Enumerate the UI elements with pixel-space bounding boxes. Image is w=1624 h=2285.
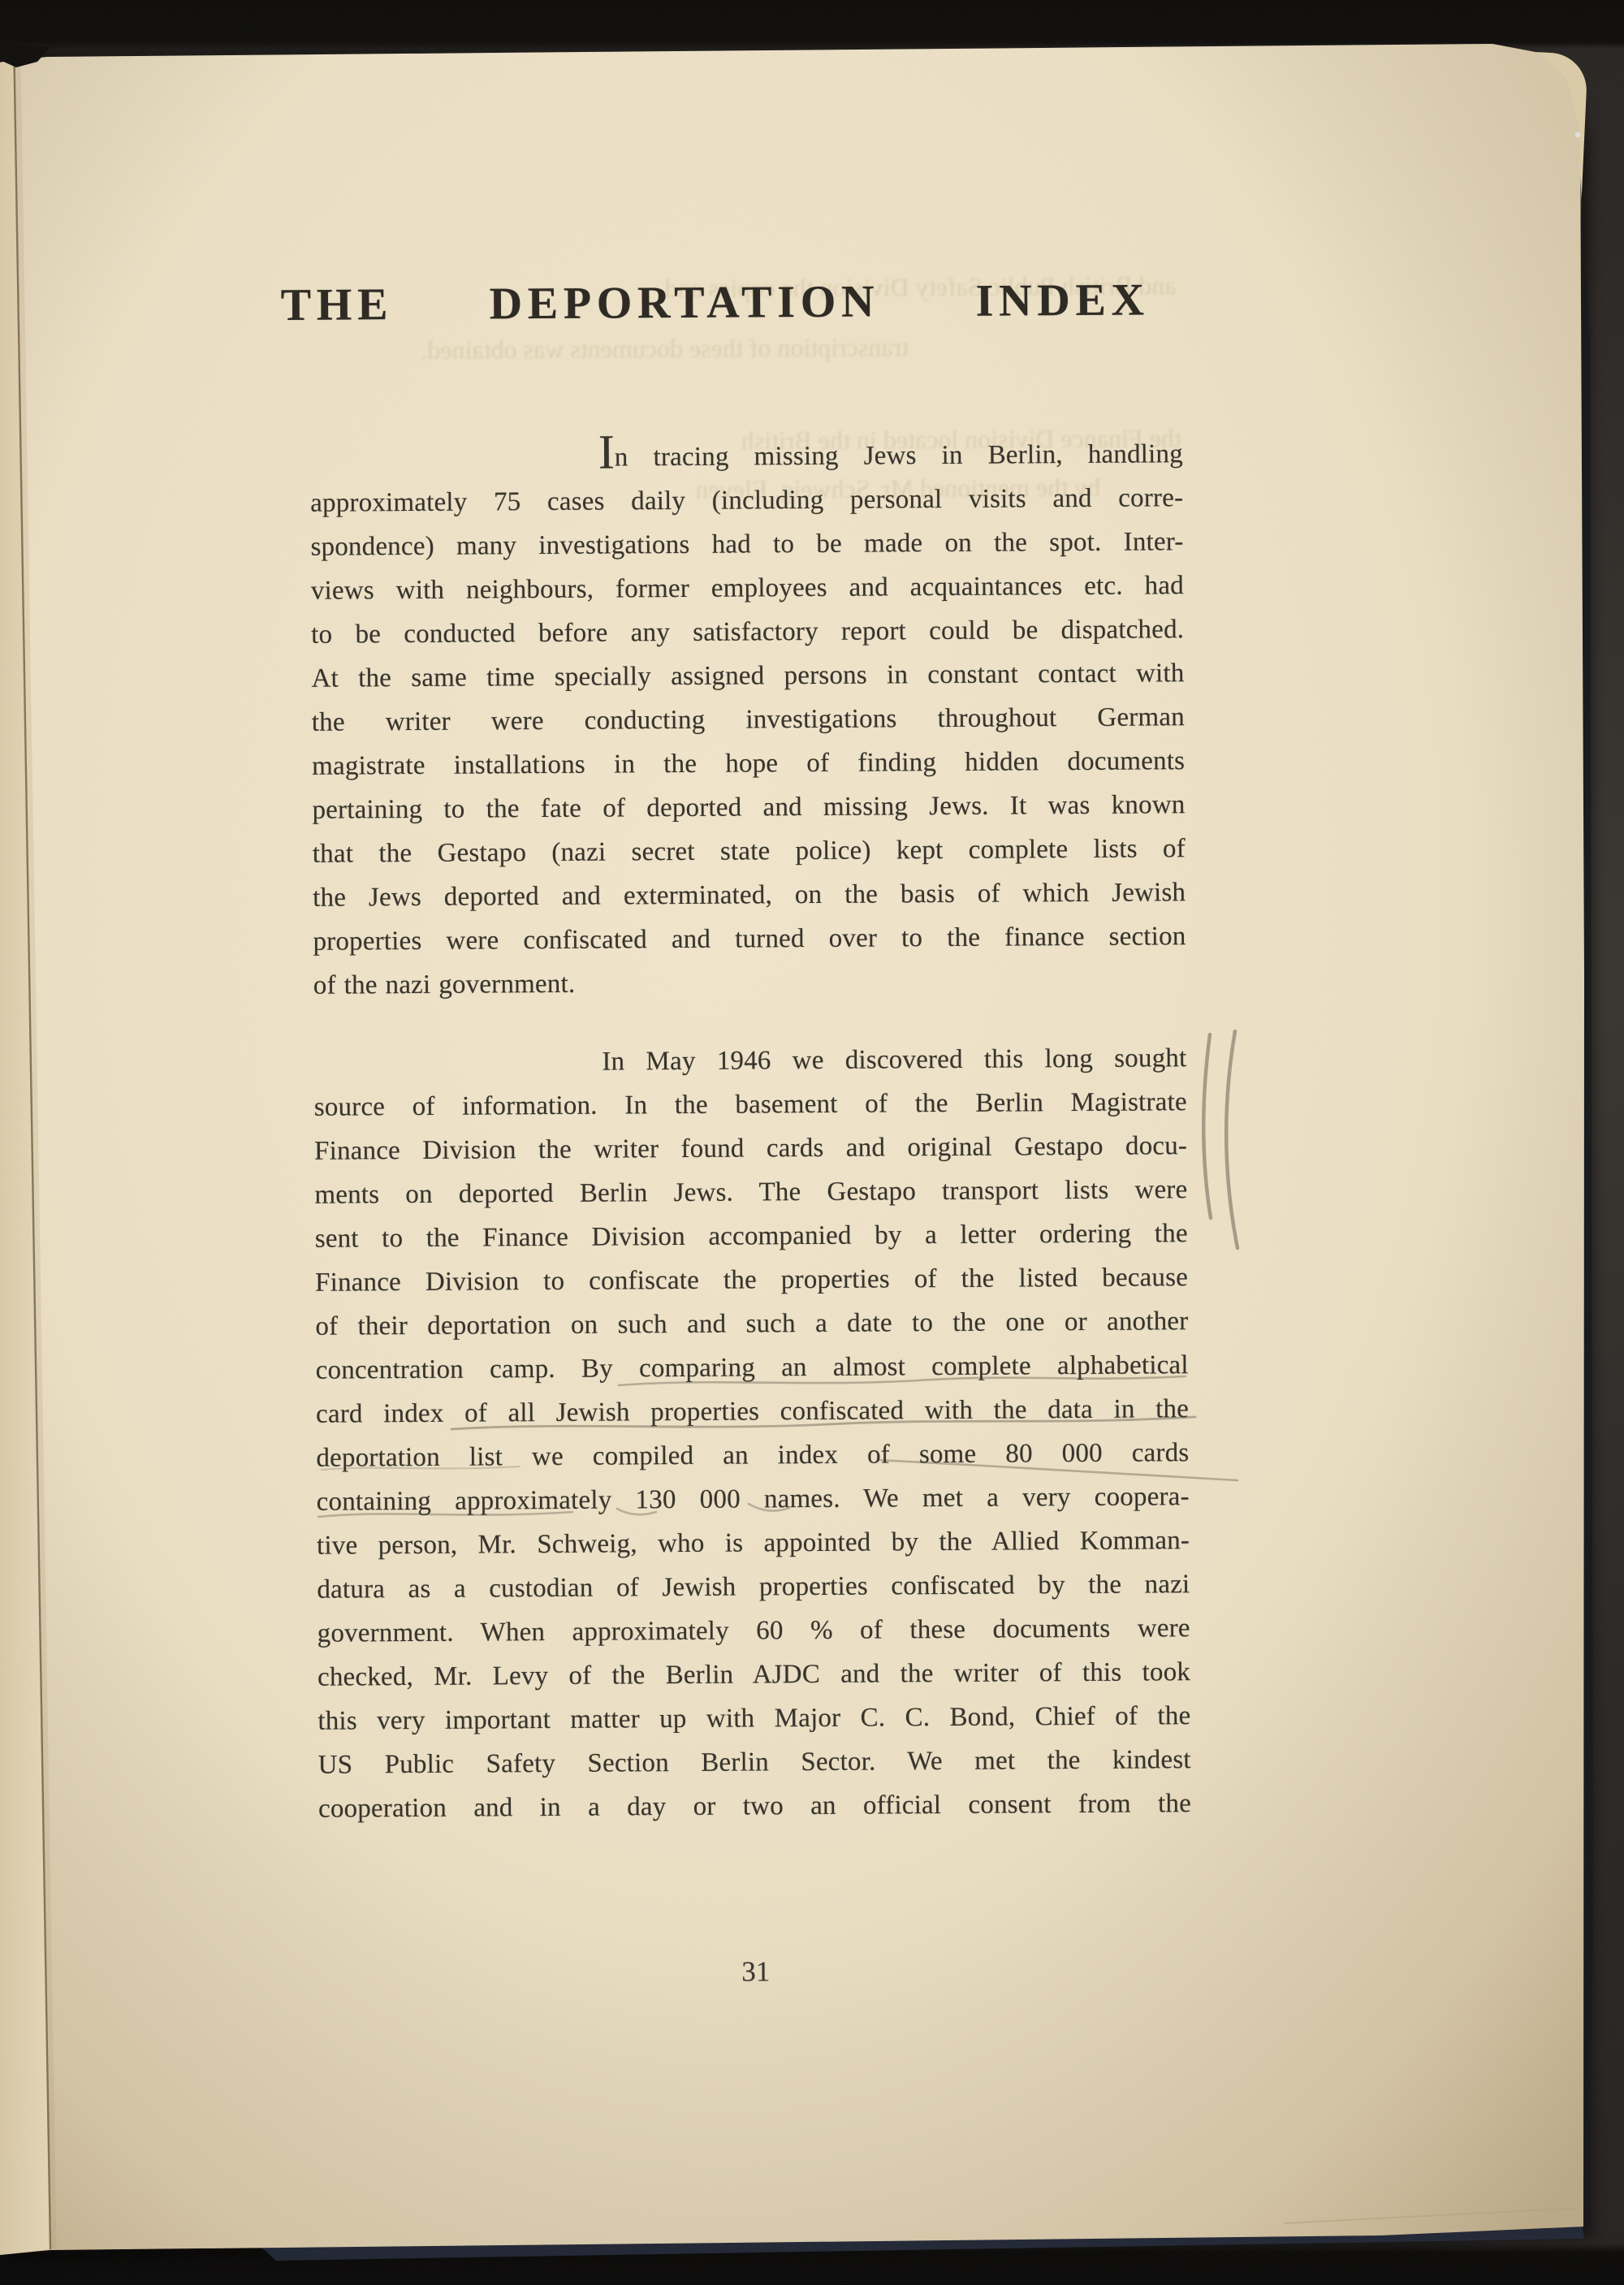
text-line: containing approximately 130 000 names. … — [317, 1475, 1190, 1524]
text-line: In tracing missing Jews in Berlin, handl… — [310, 432, 1183, 482]
show-through-text: transcription of these documents was obt… — [292, 332, 909, 366]
page-number: 31 — [319, 1953, 1192, 1991]
paragraph-2: In May 1946 we discovered this long soug… — [313, 1036, 1191, 1831]
photograph-of-book-page: and British Public Safety Division the c… — [0, 0, 1624, 2285]
text-line: US Public Safety Section Berlin Sector. … — [318, 1738, 1191, 1787]
text-line: In May 1946 we discovered this long soug… — [313, 1036, 1186, 1086]
text-line: the writer were conducting investigation… — [312, 695, 1185, 745]
text-line: properties were confiscated and turned o… — [313, 914, 1186, 964]
page-text-layer: and British Public Safety Division the c… — [0, 0, 1624, 2285]
text-line: datura as a custodian of Jewish properti… — [317, 1562, 1190, 1612]
text-line: of their deportation on such and such a … — [315, 1299, 1188, 1349]
text-line: checked, Mr. Levy of the Berlin AJDC and… — [317, 1650, 1190, 1700]
text-line: source of information. In the basement o… — [314, 1080, 1187, 1130]
text-line: ments on deported Berlin Jews. The Gesta… — [314, 1168, 1187, 1217]
text-line: sent to the Finance Division accompanied… — [315, 1212, 1188, 1261]
text-line: this very important matter up with Major… — [317, 1694, 1190, 1743]
text-line: At the same time specially assigned pers… — [311, 651, 1184, 701]
text-line: Finance Division the writer found cards … — [314, 1124, 1187, 1173]
text-line: that the Gestapo (nazi secret state poli… — [313, 827, 1186, 876]
text-line: of the nazi government. — [313, 958, 1186, 1008]
text-line: concentration camp. By comparing an almo… — [316, 1343, 1189, 1393]
text-line: the Jews deported and exterminated, on t… — [313, 870, 1186, 920]
text-line: spondence) many investigations had to be… — [310, 520, 1183, 569]
paragraph-1: In tracing missing Jews in Berlin, handl… — [310, 432, 1186, 1008]
text-line: government. When approximately 60 % of t… — [317, 1606, 1190, 1656]
text-line: to be conducted before any satisfactory … — [311, 607, 1184, 657]
text-line: pertaining to the fate of deported and m… — [312, 783, 1185, 832]
text-line: deportation list we compiled an index of… — [316, 1431, 1189, 1480]
text-line: views with neighbours, former employees … — [311, 564, 1184, 613]
text-line: magistrate installations in the hope of … — [312, 739, 1185, 788]
text-line: cooperation and in a day or two an offic… — [318, 1782, 1191, 1831]
text-line: approximately 75 cases daily (including … — [310, 476, 1183, 525]
text-line: Finance Division to confiscate the prope… — [315, 1255, 1188, 1305]
page-title: THE DEPORTATION INDEX — [281, 274, 1150, 331]
drop-cap-initial: I — [598, 425, 615, 478]
text-line: card index of all Jewish properties conf… — [316, 1387, 1189, 1436]
text-line: tive person, Mr. Schweig, who is appoint… — [317, 1518, 1190, 1568]
